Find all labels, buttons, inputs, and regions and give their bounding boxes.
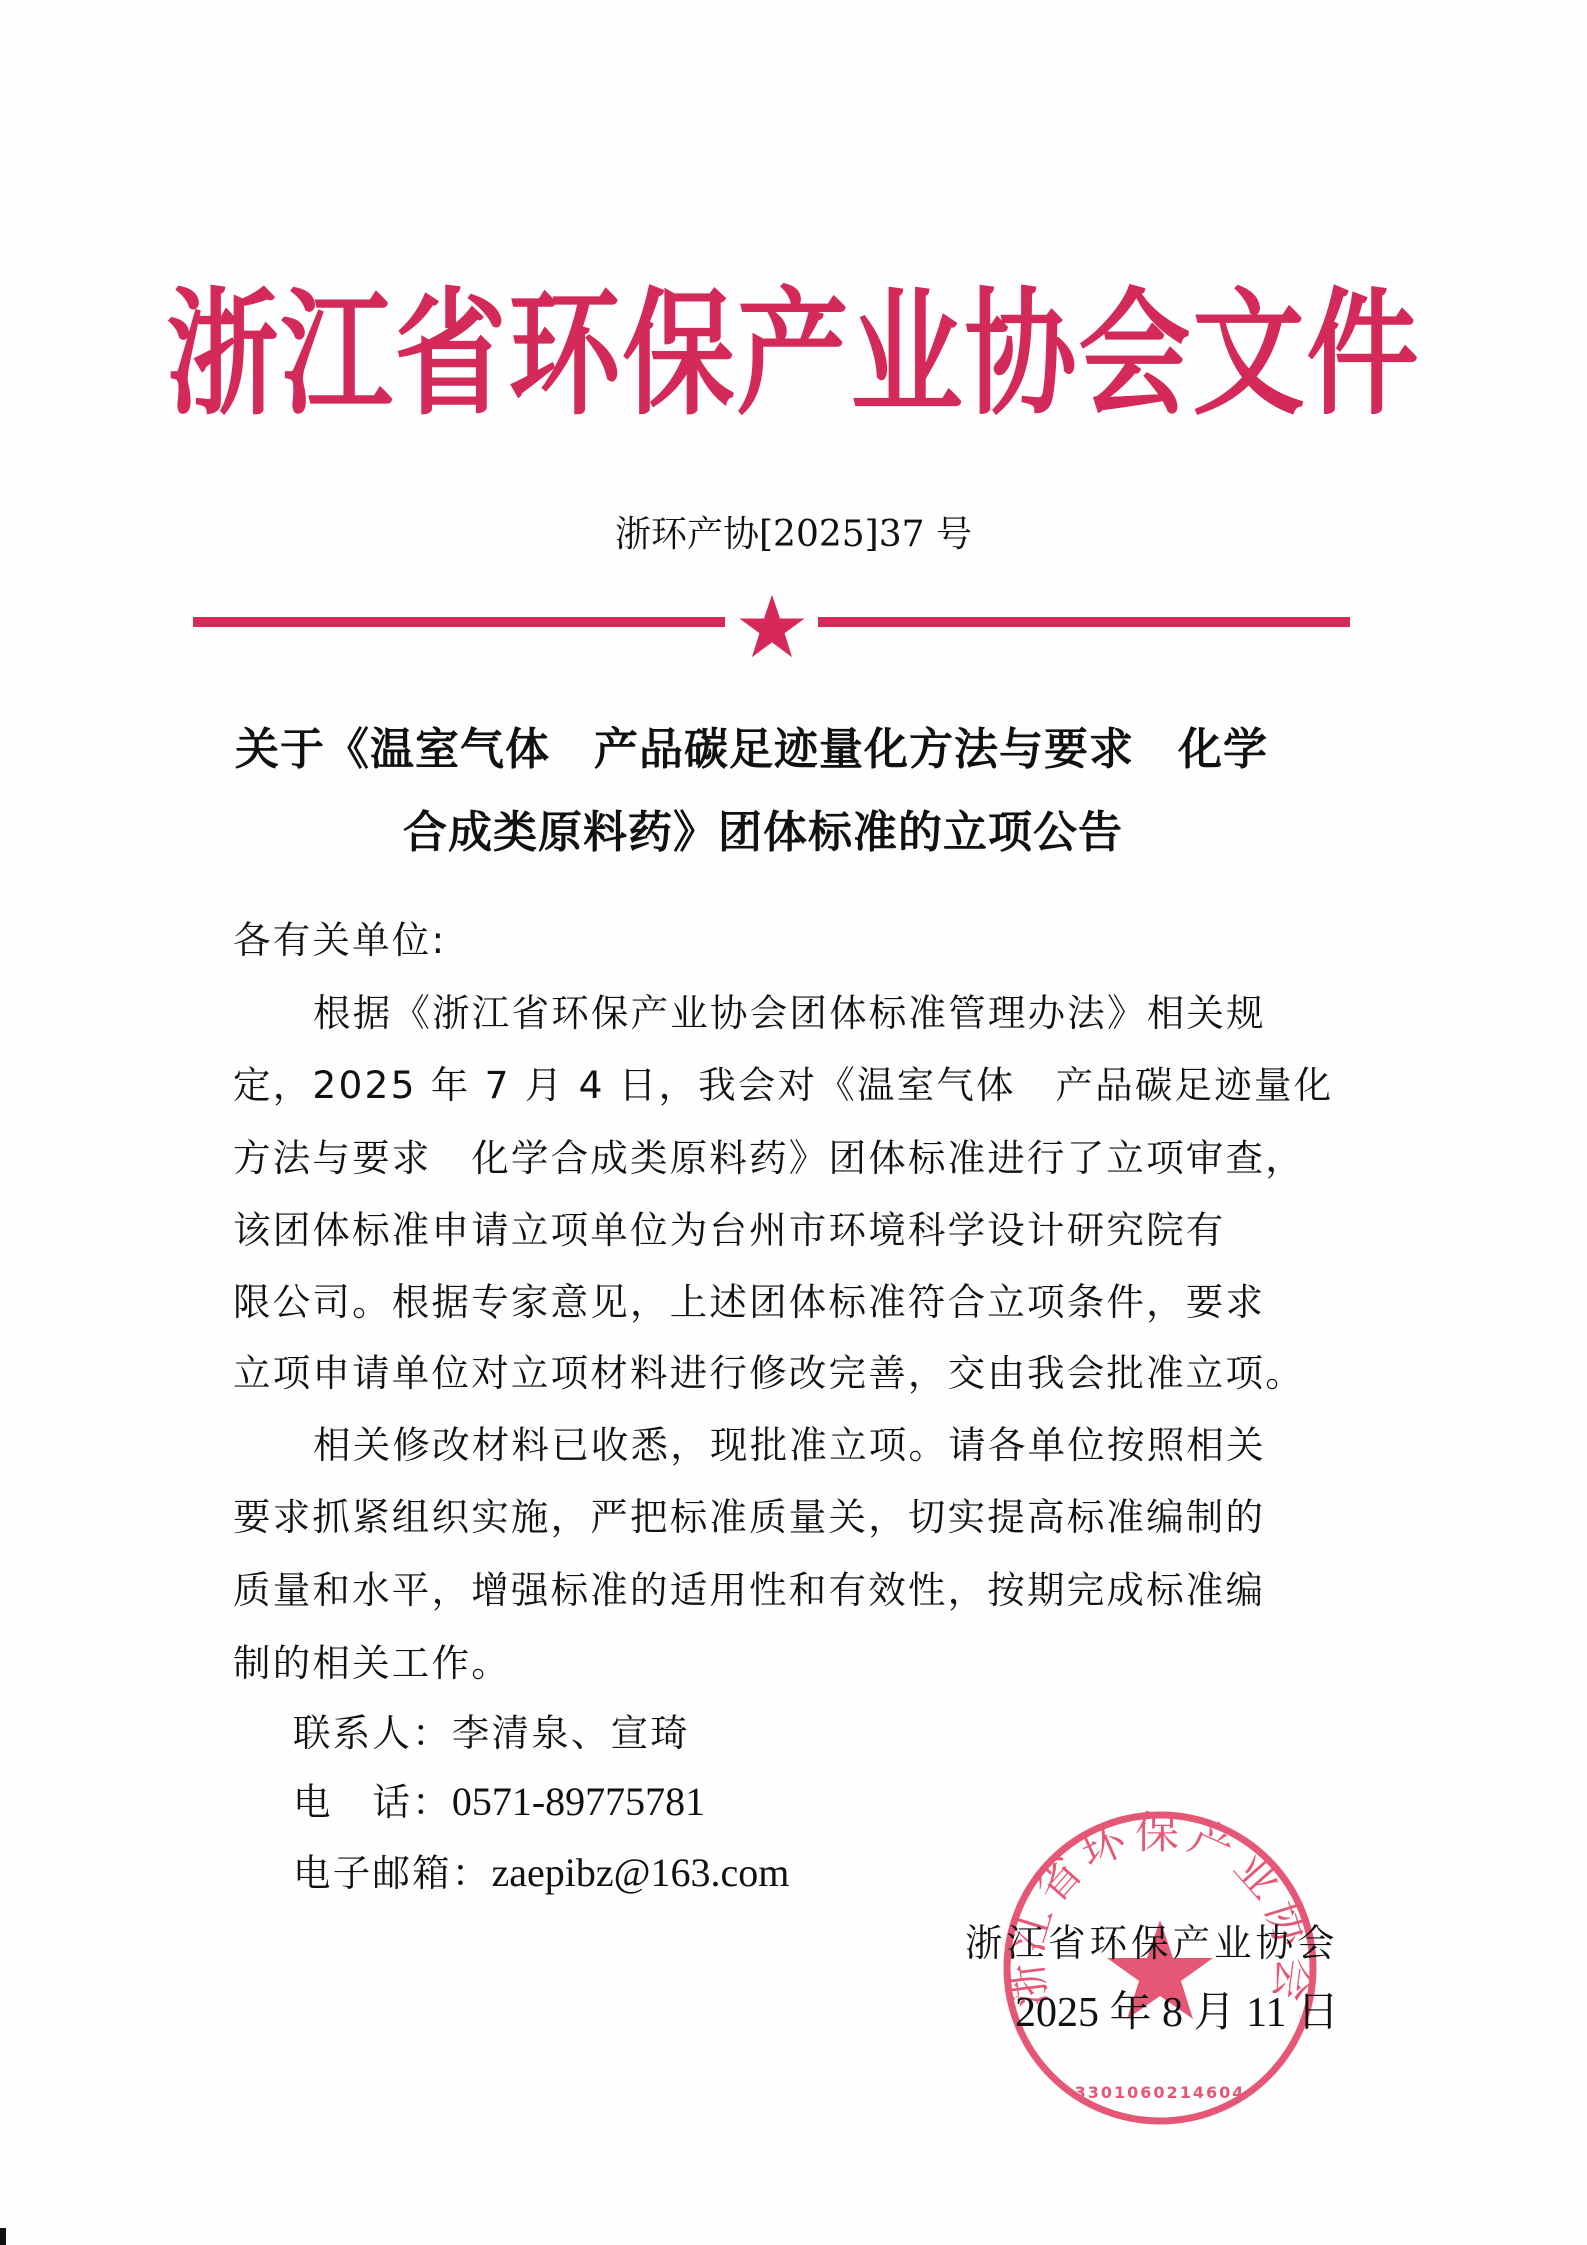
notice-title-line-1: 关于《温室气体产品碳足迹量化方法与要求化学 [235,724,1268,776]
body-line: 立项申请单位对立项材料进行修改完善，交由我会批准立项。 [233,1350,1305,1396]
salutation: 各有关单位: [233,917,446,963]
header-rule-left [193,617,725,627]
official-seal: 浙江省环保产业协会 3301060214604 [1000,1808,1320,2128]
body-line: 相关修改材料已收悉，现批准立项。请各单位按照相关 [313,1422,1266,1468]
contact-phone: 电 话：0571-89775781 [293,1779,705,1825]
body-line: 定，2025 年 7 月 4 日，我会对《温室气体 产品碳足迹量化 [233,1062,1333,1108]
body-line: 方法与要求 化学合成类原料药》团体标准进行了立项审查， [233,1135,1305,1181]
document-header-title: 浙江省环保产业协会文件 [0,276,1587,435]
seal-code: 3301060214604 [1075,2083,1246,2102]
contact-person-label: 联系人： [293,1711,452,1755]
document-number: 浙环产协[2025]37 号 [0,512,1587,558]
contact-person: 联系人：李清泉、宣琦 [293,1710,690,1756]
contact-email-label: 电子邮箱： [293,1851,492,1895]
document-page: 浙江省环保产业协会文件 浙环产协[2025]37 号 关于《温室气体产品碳足迹量… [0,0,1587,2245]
signature-organization: 浙江省环保产业协会 [965,1920,1339,1966]
notice-title-part: 产品碳足迹量化方法与要求 [594,724,1134,775]
contact-phone-value: 0571-89775781 [452,1779,705,1824]
contact-email-value[interactable]: zaepibz@163.com [492,1850,790,1895]
contact-person-value: 李清泉、宣琦 [452,1711,690,1755]
notice-title-part: 化学 [1178,724,1268,775]
notice-title-line-2: 合成类原料药》团体标准的立项公告 [403,807,1123,859]
body-line: 制的相关工作。 [233,1640,511,1686]
body-line: 质量和水平，增强标准的适用性和有效性，按期完成标准编 [233,1567,1265,1613]
notice-title-part: 关于《温室气体 [235,724,550,775]
contact-email: 电子邮箱：zaepibz@163.com [293,1850,789,1896]
scan-edge-mark [0,2228,6,2245]
body-line: 要求抓紧组织实施，严把标准质量关，切实提高标准编制的 [233,1494,1265,1540]
body-line: 限公司。根据专家意见，上述团体标准符合立项条件，要求 [233,1279,1265,1325]
signature-date-text: 2025 年 8 月 11 日 [1015,1990,1339,2036]
header-rule-right [818,617,1350,627]
contact-phone-label: 电 话： [293,1780,452,1824]
star-icon [738,593,806,659]
body-line: 根据《浙江省环保产业协会团体标准管理办法》相关规 [313,990,1266,1036]
signature-date: 2025 年 8 月 11 日 [1015,1990,1339,2036]
body-line: 该团体标准申请立项单位为台州市环境科学设计研究院有 [233,1207,1226,1253]
